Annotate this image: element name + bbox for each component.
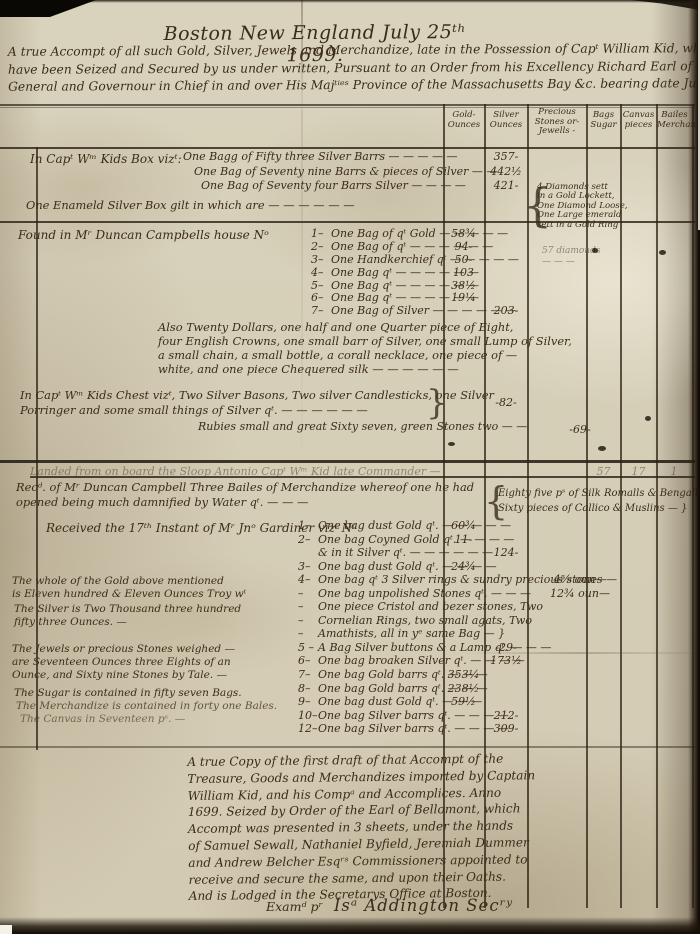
rule-line [0,460,695,463]
row-value-sugar: 57 [587,465,620,478]
row-value-silver: 309- [485,722,527,735]
ink-blot [448,442,455,446]
text-line: The Sugar is contained in fifty seven Ba… [14,687,242,700]
margin-note-sugar-total: The Sugar is contained in fifty seven Ba… [14,687,242,700]
fold-crease [301,110,303,450]
fold-crease [301,0,303,110]
row-value-bales: 1 [657,465,691,478]
row-number: 9– [298,695,318,708]
text-line: Ounces [444,121,484,131]
text-line: In Capᵗ Wᵐ Kids Chest vizᵗ, Two Silver B… [20,388,494,403]
table-row: 1–One bag dust Gold qᵗ. — — — — —60¾ [0,519,700,533]
campbell-bales-right: Eighty five pˢ of Silk Romalls & Bengall… [498,486,700,516]
text-line: Eighty five pˢ of Silk Romalls & Bengall… [498,486,700,501]
text-line: Jewells - [529,127,585,137]
row-value-jewels: 12¾ oun— [528,587,632,600]
table-row: & in it Silver qᵗ. — — — — — —124- [0,546,700,560]
table-row: 7–One Bag of Silver — — — — — —203- [0,304,700,317]
text-line: are Seventeen Ounces three Eights of an [12,656,235,669]
row-value-gold: 238½ [443,682,484,695]
row-label: Cornelian Rings, two small agats, Two [318,614,532,627]
text-line: The Silver is Two Thousand three hundred [14,603,241,616]
row-value-gold: 50- [443,253,484,266]
table-row: 2–One bag Coyned Gold qᵗ. — — — —11- [0,533,700,547]
row-label: One Bag of Seventy nine Barrs & pieces o… [194,165,497,178]
table-row: 3–One Handkerchief qᵗ — — — — —50- [0,253,700,266]
row-label: & in it Silver qᵗ. — — — — — — [318,546,493,559]
row-number: 7– [311,304,331,317]
row-value-gold: 60¾ [443,519,484,532]
fold-crease [460,652,695,654]
row-number: – [298,600,318,613]
row-number: 4– [298,573,318,586]
table-row: One Bagg of Fifty three Silver Barrs — —… [0,150,700,165]
rule-line [0,104,695,106]
table-row: 6–One Bag qᵗ — — — — — —19¼ [0,291,700,304]
row-value-silver: 212- [485,709,527,722]
row-label: One Bag of Seventy four Barrs Silver — —… [201,179,466,192]
row-value-silver: 203- [485,304,527,317]
table-row: 4–One Bag qᵗ — — — — — —103 [0,266,700,279]
text-line: fifty three Ounces. — [14,616,241,629]
margin-note-canvas-total: The Canvas in Seventeen pˢ. — [20,713,185,726]
text-line: Also Twenty Dollars, one half and one Qu… [158,320,572,334]
text-line: Merchan. [657,121,692,131]
row-number: – [298,614,318,627]
row-label: One bag unpolished Stones qᵗ. — — — [318,587,531,600]
text-line: The Jewels or precious Stones weighed — [12,643,235,656]
row-value-gold: 24¾ [443,560,484,573]
row-number: 2– [298,533,318,546]
text-line: a small chain, a small bottle, a corall … [158,348,572,362]
row-number: – [298,587,318,600]
ink-blot [592,248,598,253]
margin-note-bales-total: The Merchandize is contained in forty on… [16,700,277,713]
signature-name: Isᵃ Addington Secʳʸ [334,896,513,915]
column-header-sugar: BagsSugar [588,111,619,130]
text-line: Ounce, and Sixty nine Stones by Tale. — [12,669,235,682]
photo-edge-top [0,0,700,3]
photo-edge-top-left [0,0,96,17]
row-value-gold: 58¾ [443,227,484,240]
row-number: 3– [311,253,331,266]
text-line: white, and one piece Chequered silk — — … [158,362,572,376]
rule-line [0,746,695,748]
text-line: Sugar [588,121,619,131]
rule-line [0,147,695,149]
row-value-gold: 353¼ [443,668,484,681]
photo-edge-bottom-left [0,925,12,934]
ink-blot [645,416,651,421]
row-value-canvas: 17 [621,465,656,478]
row-value-silver: 421- [485,179,527,192]
text-line: Porringer and some small things of Silve… [20,403,494,418]
text-line: The Canvas in Seventeen pˢ. — [20,713,185,726]
kidd-chest-lines: In Capᵗ Wᵐ Kids Chest vizᵗ, Two Silver B… [20,388,494,417]
row-value-gold: 103 [443,266,484,279]
signature: Examᵈ pʳ Isᵃ Addington Secʳʸ [266,896,513,915]
row-label: Rubies small and great Sixty seven, gree… [198,420,527,433]
row-number: 8– [298,682,318,695]
closing-paragraph: A true Copy of the first draft of that A… [187,750,561,905]
text-line: four English Crowns, one small barr of S… [158,334,572,348]
row-number: 10– [298,709,318,722]
text-line: pieces [622,121,655,131]
also-paragraph: Also Twenty Dollars, one half and one Qu… [158,320,572,376]
text-line: The whole of the Gold above mentioned [12,575,246,588]
margin-note-gold-total: The whole of the Gold above mentionedis … [12,575,246,601]
row-number: 6– [298,654,318,667]
brace-right: } [426,383,448,423]
row-number: 4– [311,266,331,279]
table-row: 1–One Bag of qᵗ Gold — — — — —58¾ [0,227,700,240]
row-label: One Handkerchief qᵗ — — — — — [331,253,519,266]
row-label: One piece Cristol and bezer stones, Two [318,600,543,613]
row-label: One bag Silver barrs qᵗ. — — — — [318,709,509,722]
text-line: is Eleven hundred & Eleven Ounces Troy w… [12,588,246,601]
text-line: Ounces [486,121,526,131]
text-line: The Merchandize is contained in forty on… [16,700,277,713]
row-label: One bag Silver barrs qᵗ. — — — — [318,722,509,735]
photo-edge-bottom [0,917,700,934]
row-value-silver: 173½ [485,654,527,667]
scanned-document: Boston New England July 25ᵗʰ 1699. A tru… [0,0,700,934]
sloop-antonio-row: Landed from on board the Sloop Antonio C… [0,465,700,478]
column-header-gold: Gold-Ounces [444,111,484,130]
row-number: 7– [298,668,318,681]
row-value-gold: 11- [443,533,484,546]
row-label: Landed from on board the Sloop Antonio C… [30,465,441,478]
rubies-row: Rubies small and great Sixty seven, gree… [0,420,700,433]
row-number: – [298,627,318,640]
row-label: One bag Coyned Gold qᵗ. — — — — [318,533,514,546]
row-label: Amathists, all in yᵉ same Bag — } [318,627,505,640]
row-number: 1– [311,227,331,240]
column-header-jewels: PreciousStones or-Jewells - [529,108,585,137]
text-line: opened being much damnified by Water qᵗ.… [16,495,474,510]
row-label: One Bagg of Fifty three Silver Barrs — —… [183,150,458,163]
column-header-silver: SilverOunces [486,111,526,130]
table-row: 3–One bag dust Gold qᵗ. — — — —24¾ [0,560,700,574]
margin-note-jewels-total: The Jewels or precious Stones weighed —a… [12,643,235,682]
row-number: 2– [311,240,331,253]
row-value-gold: 38½ [443,279,484,292]
row-value-jewels: 4⅝ oun— [528,573,632,586]
column-header-bales: BailesMerchan. [657,111,692,130]
row-value-jewels: -69- [528,423,632,436]
row-value-silver: 357- [485,150,527,163]
row-value-gold: 94- [443,240,484,253]
row-number: 12– [298,722,318,735]
table-row: –Amathists, all in yᵉ same Bag — } [0,627,700,641]
row-number: 3– [298,560,318,573]
column-header-canvas: Canvaspieces [622,111,655,130]
margin-note-silver-total: The Silver is Two Thousand three hundred… [14,603,241,629]
document-preamble: A true Accompt of all such Gold, Silver,… [8,40,696,96]
row-number: 1– [298,519,318,532]
row-value-gold: 19¼ [443,291,484,304]
text-line: Recᵈ. of Mʳ Duncan Campbell Three Bailes… [16,480,474,495]
row-value-silver: 442½ [485,165,527,178]
row-value-gold: 59½ [443,695,484,708]
enameld-box-row: One Enameld Silver Box gilt in which are… [26,198,355,212]
row-number: 5 – [298,641,318,654]
text-line: General and Governour in Chief in and ov… [8,75,696,96]
table-row: 5–One Bag qᵗ — — — — — —38½ [0,279,700,292]
row-value-silver: 124- [485,546,527,559]
row-number: 6– [311,291,331,304]
kidd-chest-value: -82- [485,396,527,409]
campbell-bales-lines: Recᵈ. of Mʳ Duncan Campbell Three Bailes… [16,480,474,510]
jewel-note: 4 Diamonds settin a Gold Lockett,One Dia… [537,183,632,230]
ink-blot [598,446,606,451]
row-number: 5– [311,279,331,292]
signature-exam: Examᵈ pʳ [266,899,323,914]
table-row: One Bag of Seventy nine Barrs & pieces o… [0,165,700,180]
rule-line [0,107,695,108]
section-campbell-house: 1–One Bag of qᵗ Gold — — — — —58¾2–One B… [0,227,700,317]
text-line: Sixty pieces of Callico & Muslins — } [498,501,700,516]
ink-blot [659,250,666,255]
